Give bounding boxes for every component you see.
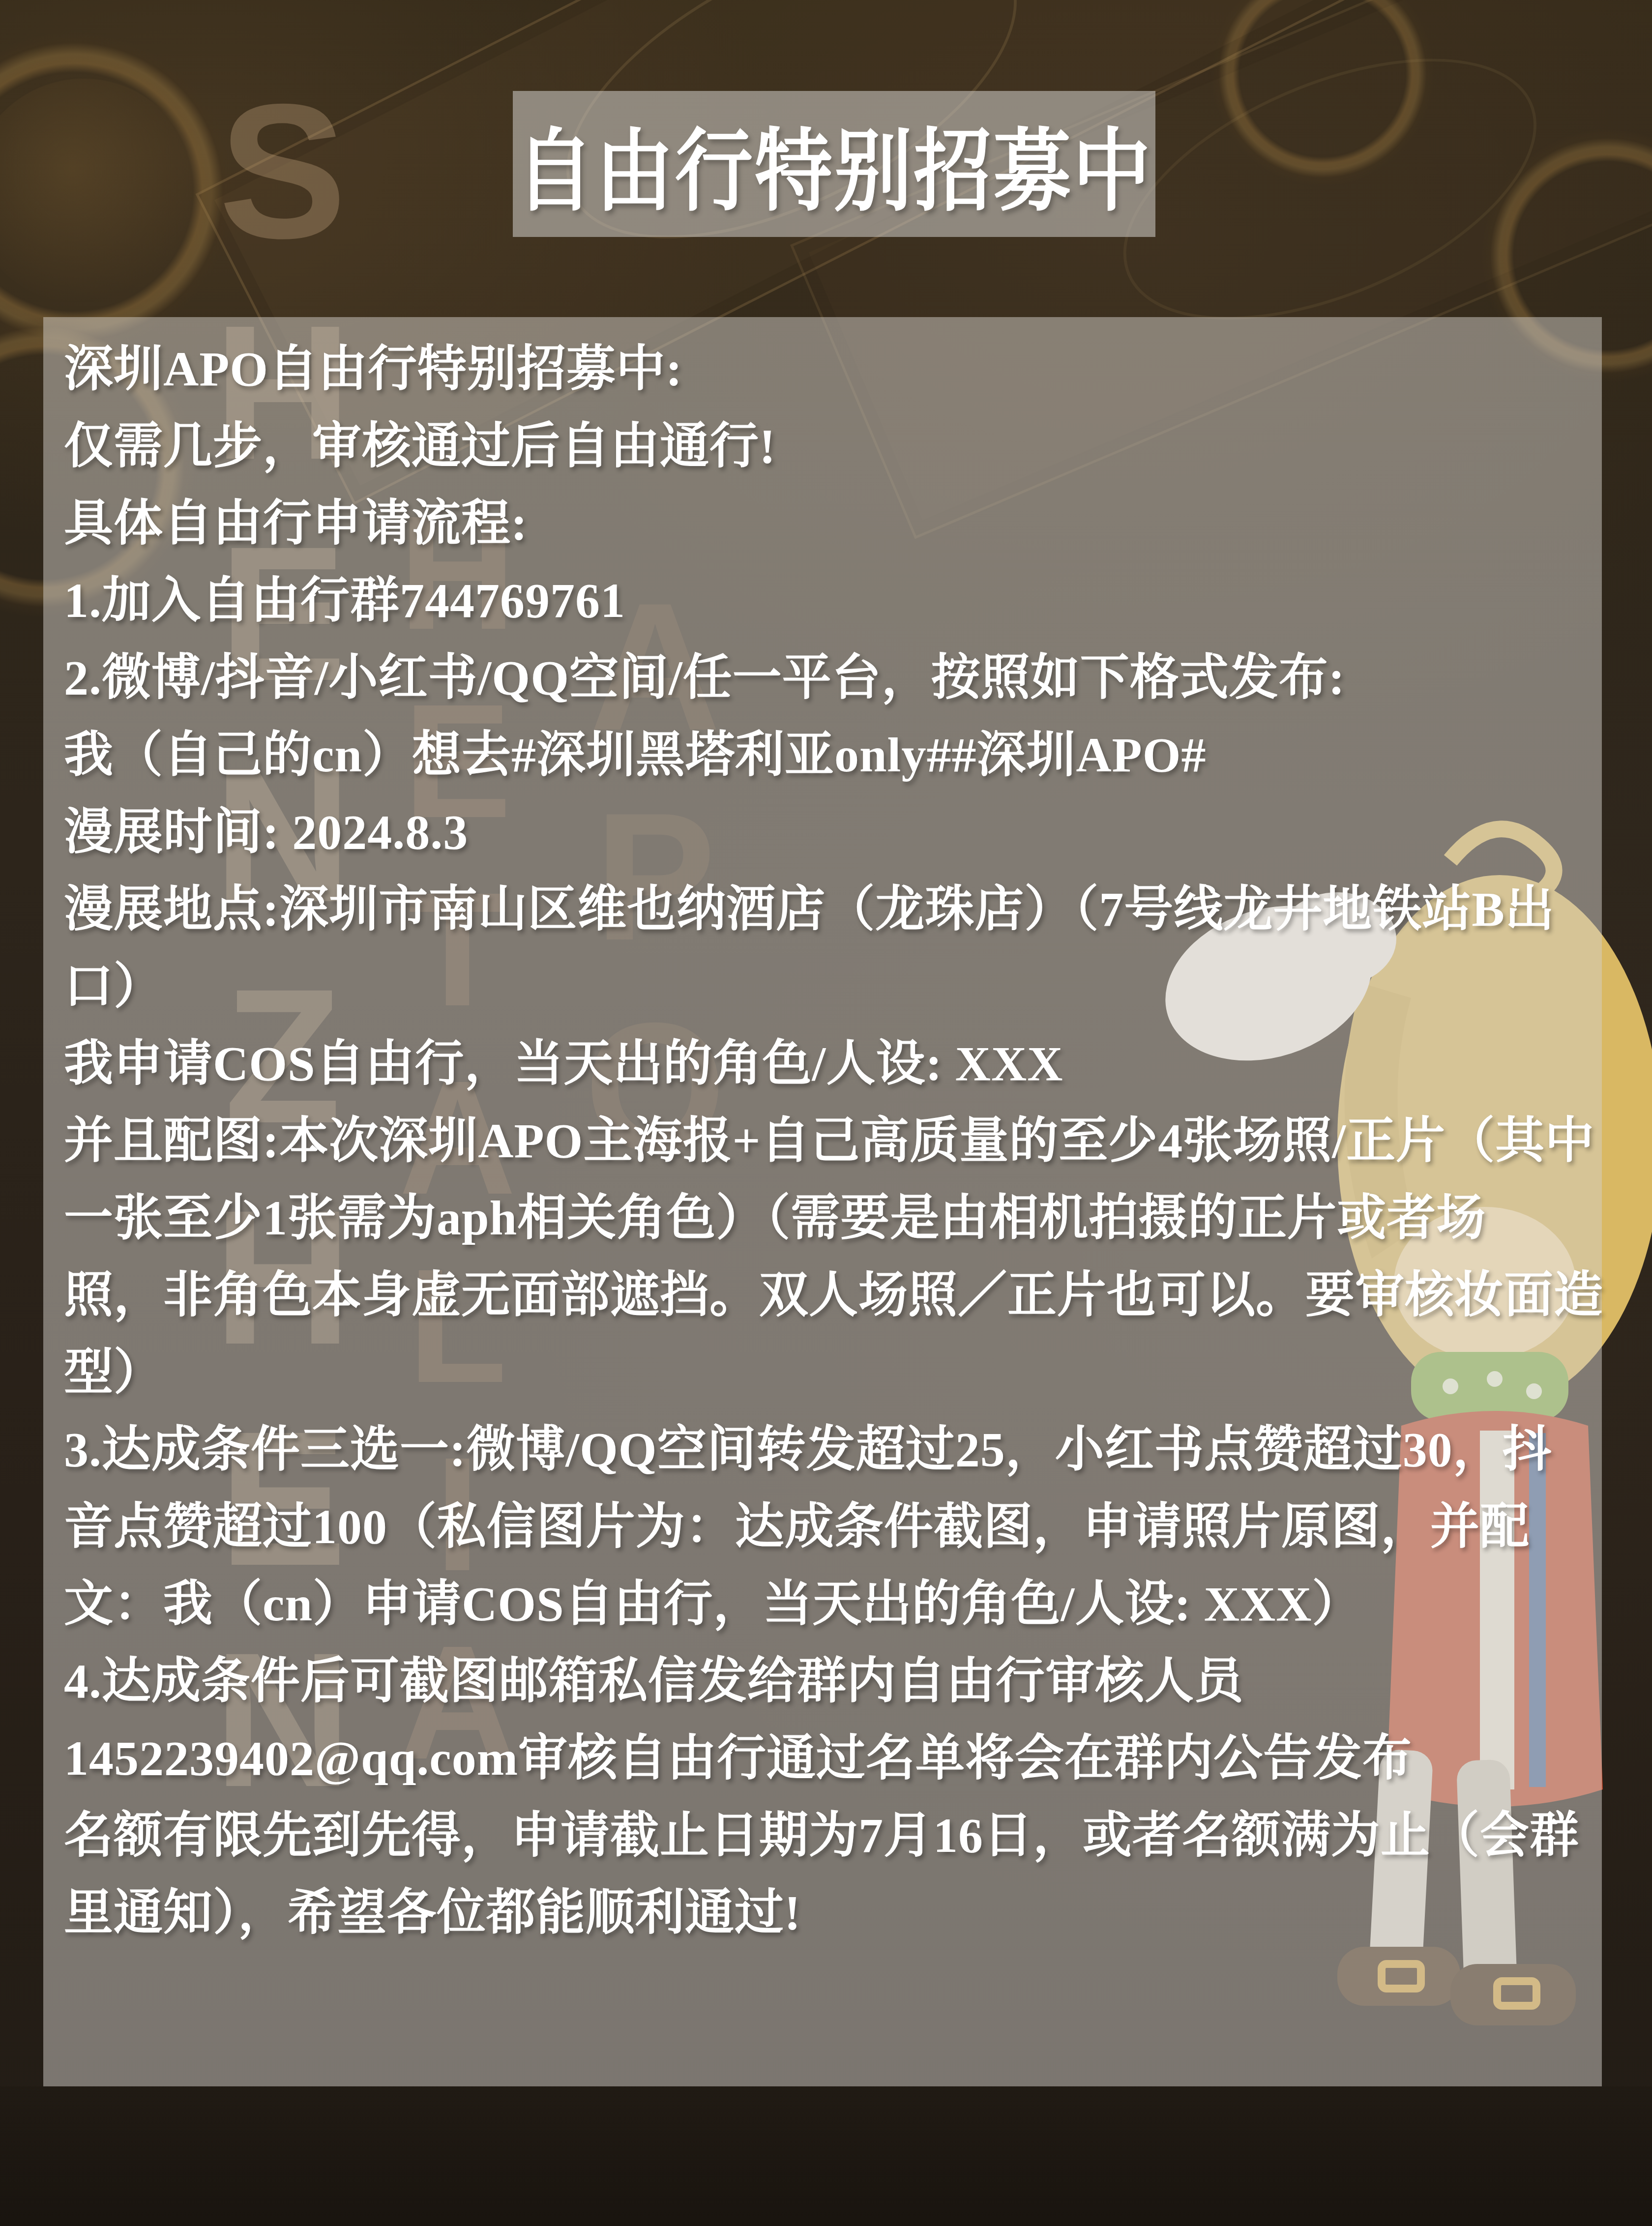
body-line: 4.达成条件后可截图邮箱私信发给群内自由行审核人员 bbox=[64, 1642, 1583, 1720]
poster-title: 自由行特别招募中 bbox=[555, 91, 1114, 237]
body-line: 音点赞超过100（私信图片为：达成条件截图，申请照片原图，并配 bbox=[64, 1488, 1583, 1565]
body-line: 口） bbox=[64, 948, 1583, 1025]
body-line: 漫展时间: 2024.8.3 bbox=[64, 793, 1583, 871]
recruitment-poster: SHENZHEN HETALIA APO 自由行特别招募中 bbox=[0, 0, 1652, 2226]
content-panel: 深圳APO自由行特别招募中: 仅需几步，审核通过后自由通行! 具体自由行申请流程… bbox=[43, 317, 1602, 2086]
body-text-block: 深圳APO自由行特别招募中: 仅需几步，审核通过后自由通行! 具体自由行申请流程… bbox=[43, 317, 1602, 1951]
body-line: 型） bbox=[64, 1334, 1583, 1411]
body-line: 3.达成条件三选一:微博/QQ空间转发超过25，小红书点赞超过30，抖 bbox=[64, 1411, 1583, 1488]
body-line: 1452239402@qq.com审核自由行通过名单将会在群内公告发布 bbox=[64, 1720, 1583, 1797]
body-line: 里通知），希望各位都能顺利通过! bbox=[64, 1874, 1583, 1951]
title-panel: 自由行特别招募中 bbox=[513, 91, 1155, 237]
body-line: 文：我（cn）申请COS自由行，当天出的角色/人设: XXX） bbox=[64, 1565, 1583, 1642]
body-line: 仅需几步，审核通过后自由通行! bbox=[64, 408, 1583, 485]
body-line: 照，非角色本身虚无面部遮挡。双人场照／正片也可以。要审核妆面造 bbox=[64, 1257, 1583, 1334]
body-line: 名额有限先到先得，申请截止日期为7月16日，或者名额满为止（会群 bbox=[64, 1797, 1583, 1874]
body-line: 深圳APO自由行特别招募中: bbox=[64, 330, 1583, 408]
body-line: 我（自己的cn）想去#深圳黑塔利亚only##深圳APO# bbox=[64, 716, 1583, 793]
bottom-shadow bbox=[0, 2086, 1652, 2226]
body-line: 我申请COS自由行，当天出的角色/人设: XXX bbox=[64, 1025, 1583, 1102]
body-line: 具体自由行申请流程: bbox=[64, 485, 1583, 562]
body-line: 漫展地点:深圳市南山区维也纳酒店（龙珠店）（7号线龙井地铁站B出 bbox=[64, 871, 1583, 948]
body-line: 并且配图:本次深圳APO主海报+自己高质量的至少4张场照/正片（其中 bbox=[64, 1102, 1583, 1179]
body-line: 一张至少1张需为aph相关角色）（需要是由相机拍摄的正片或者场 bbox=[64, 1179, 1583, 1257]
body-line: 2.微博/抖音/小红书/QQ空间/任一平台，按照如下格式发布: bbox=[64, 639, 1583, 716]
body-line: 1.加入自由行群744769761 bbox=[64, 562, 1583, 639]
